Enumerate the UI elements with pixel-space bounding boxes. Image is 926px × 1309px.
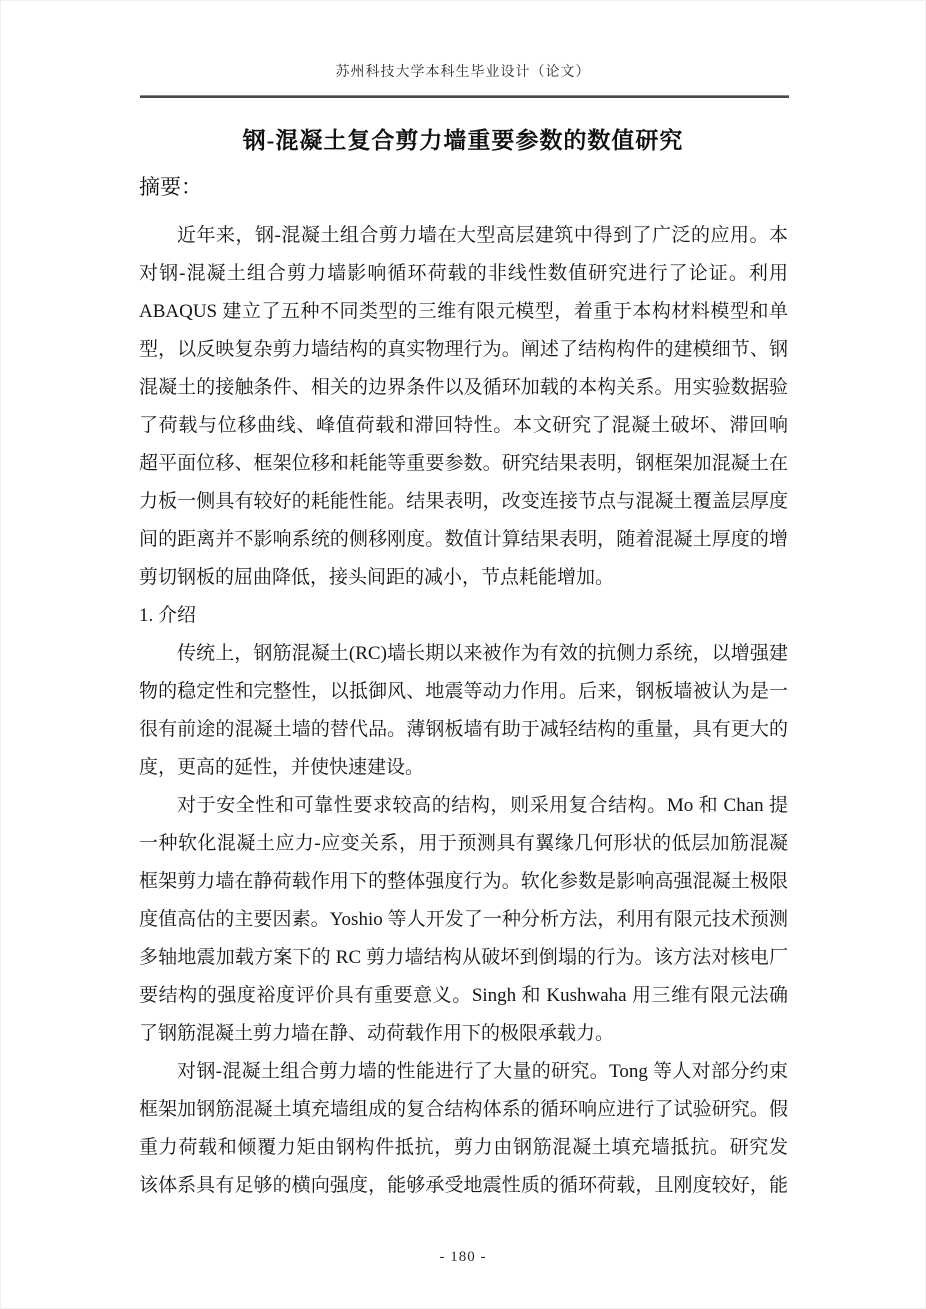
text-line: 对钢-混凝土组合剪力墙影响循环荷载的非线性数值研究进行了论证。利用 <box>139 255 788 293</box>
text-line: 对钢-混凝土组合剪力墙的性能进行了大量的研究。Tong 等人对部分约束钢 <box>139 1053 788 1091</box>
running-header: 苏州科技大学本科生毕业设计（论文） <box>1 63 925 83</box>
document-body: 近年来，钢-混凝土组合剪力墙在大型高层建筑中得到了广泛的应用。本文对钢-混凝土组… <box>139 217 788 1205</box>
text-line: 一种软化混凝土应力-应变关系，用于预测具有翼缘几何形状的低层加筋混凝土 <box>139 825 788 863</box>
section-heading: 1. 介绍 <box>139 597 788 635</box>
text-line: 对于安全性和可靠性要求较高的结构，则采用复合结构。Mo 和 Chan 提出了 <box>139 787 788 825</box>
text-line: 要结构的强度裕度评价具有重要意义。Singh 和 Kushwaha 用三维有限元… <box>139 977 788 1015</box>
text-line: 超平面位移、框架位移和耗能等重要参数。研究结果表明，钢框架加混凝土在剪 <box>139 445 788 483</box>
text-line: 传统上，钢筋混凝土(RC)墙长期以来被作为有效的抗侧力系统，以增强建筑 <box>139 635 788 673</box>
text-line: 很有前途的混凝土墙的替代品。薄钢板墙有助于减轻结构的重量，具有更大的刚 <box>139 711 788 749</box>
text-line: 度，更高的延性，并使快速建设。 <box>139 749 788 787</box>
text-line: 混凝土的接触条件、相关的边界条件以及循环加载的本构关系。用实验数据验证 <box>139 369 788 407</box>
text-line: 多轴地震加载方案下的 RC 剪力墙结构从破坏到倒塌的行为。该方法对核电厂重 <box>139 939 788 977</box>
text-line: 重力荷载和倾覆力矩由钢构件抵抗，剪力由钢筋混凝土填充墙抵抗。研究发现， <box>139 1129 788 1167</box>
text-line: 物的稳定性和完整性，以抵御风、地震等动力作用。后来，钢板墙被认为是一种 <box>139 673 788 711</box>
text-line: 了荷载与位移曲线、峰值荷载和滞回特性。本文研究了混凝土破坏、滞回响应、 <box>139 407 788 445</box>
text-line: 框架剪力墙在静荷载作用下的整体强度行为。软化参数是影响高强混凝土极限强 <box>139 863 788 901</box>
text-line: 了钢筋混凝土剪力墙在静、动荷载作用下的极限承载力。 <box>139 1015 788 1053</box>
text-line: 型，以反映复杂剪力墙结构的真实物理行为。阐述了结构构件的建模细节、钢与 <box>139 331 788 369</box>
text-line: ABAQUS 建立了五种不同类型的三维有限元模型，着重于本构材料模型和单元类 <box>139 293 788 331</box>
text-line: 该体系具有足够的横向强度，能够承受地震性质的循环荷载，且刚度较好，能够 <box>139 1167 788 1205</box>
header-rule <box>140 95 789 98</box>
abstract-label: 摘要： <box>139 171 202 203</box>
text-line: 近年来，钢-混凝土组合剪力墙在大型高层建筑中得到了广泛的应用。本文 <box>139 217 788 255</box>
text-line: 力板一侧具有较好的耗能性能。结果表明，改变连接节点与混凝土覆盖层厚度之 <box>139 483 788 521</box>
page-title: 钢-混凝土复合剪力墙重要参数的数值研究 <box>1 125 925 157</box>
text-line: 框架加钢筋混凝土填充墙组成的复合结构体系的循环响应进行了试验研究。假定 <box>139 1091 788 1129</box>
text-line: 间的距离并不影响系统的侧移刚度。数值计算结果表明，随着混凝土厚度的增加， <box>139 521 788 559</box>
text-line: 度值高估的主要因素。Yoshio 等人开发了一种分析方法，利用有限元技术预测 <box>139 901 788 939</box>
document-page: 苏州科技大学本科生毕业设计（论文） 钢-混凝土复合剪力墙重要参数的数值研究 摘要… <box>0 0 926 1309</box>
page-number: - 180 - <box>1 1247 925 1267</box>
text-line: 剪切钢板的屈曲降低，接头间距的减小，节点耗能增加。 <box>139 559 788 597</box>
